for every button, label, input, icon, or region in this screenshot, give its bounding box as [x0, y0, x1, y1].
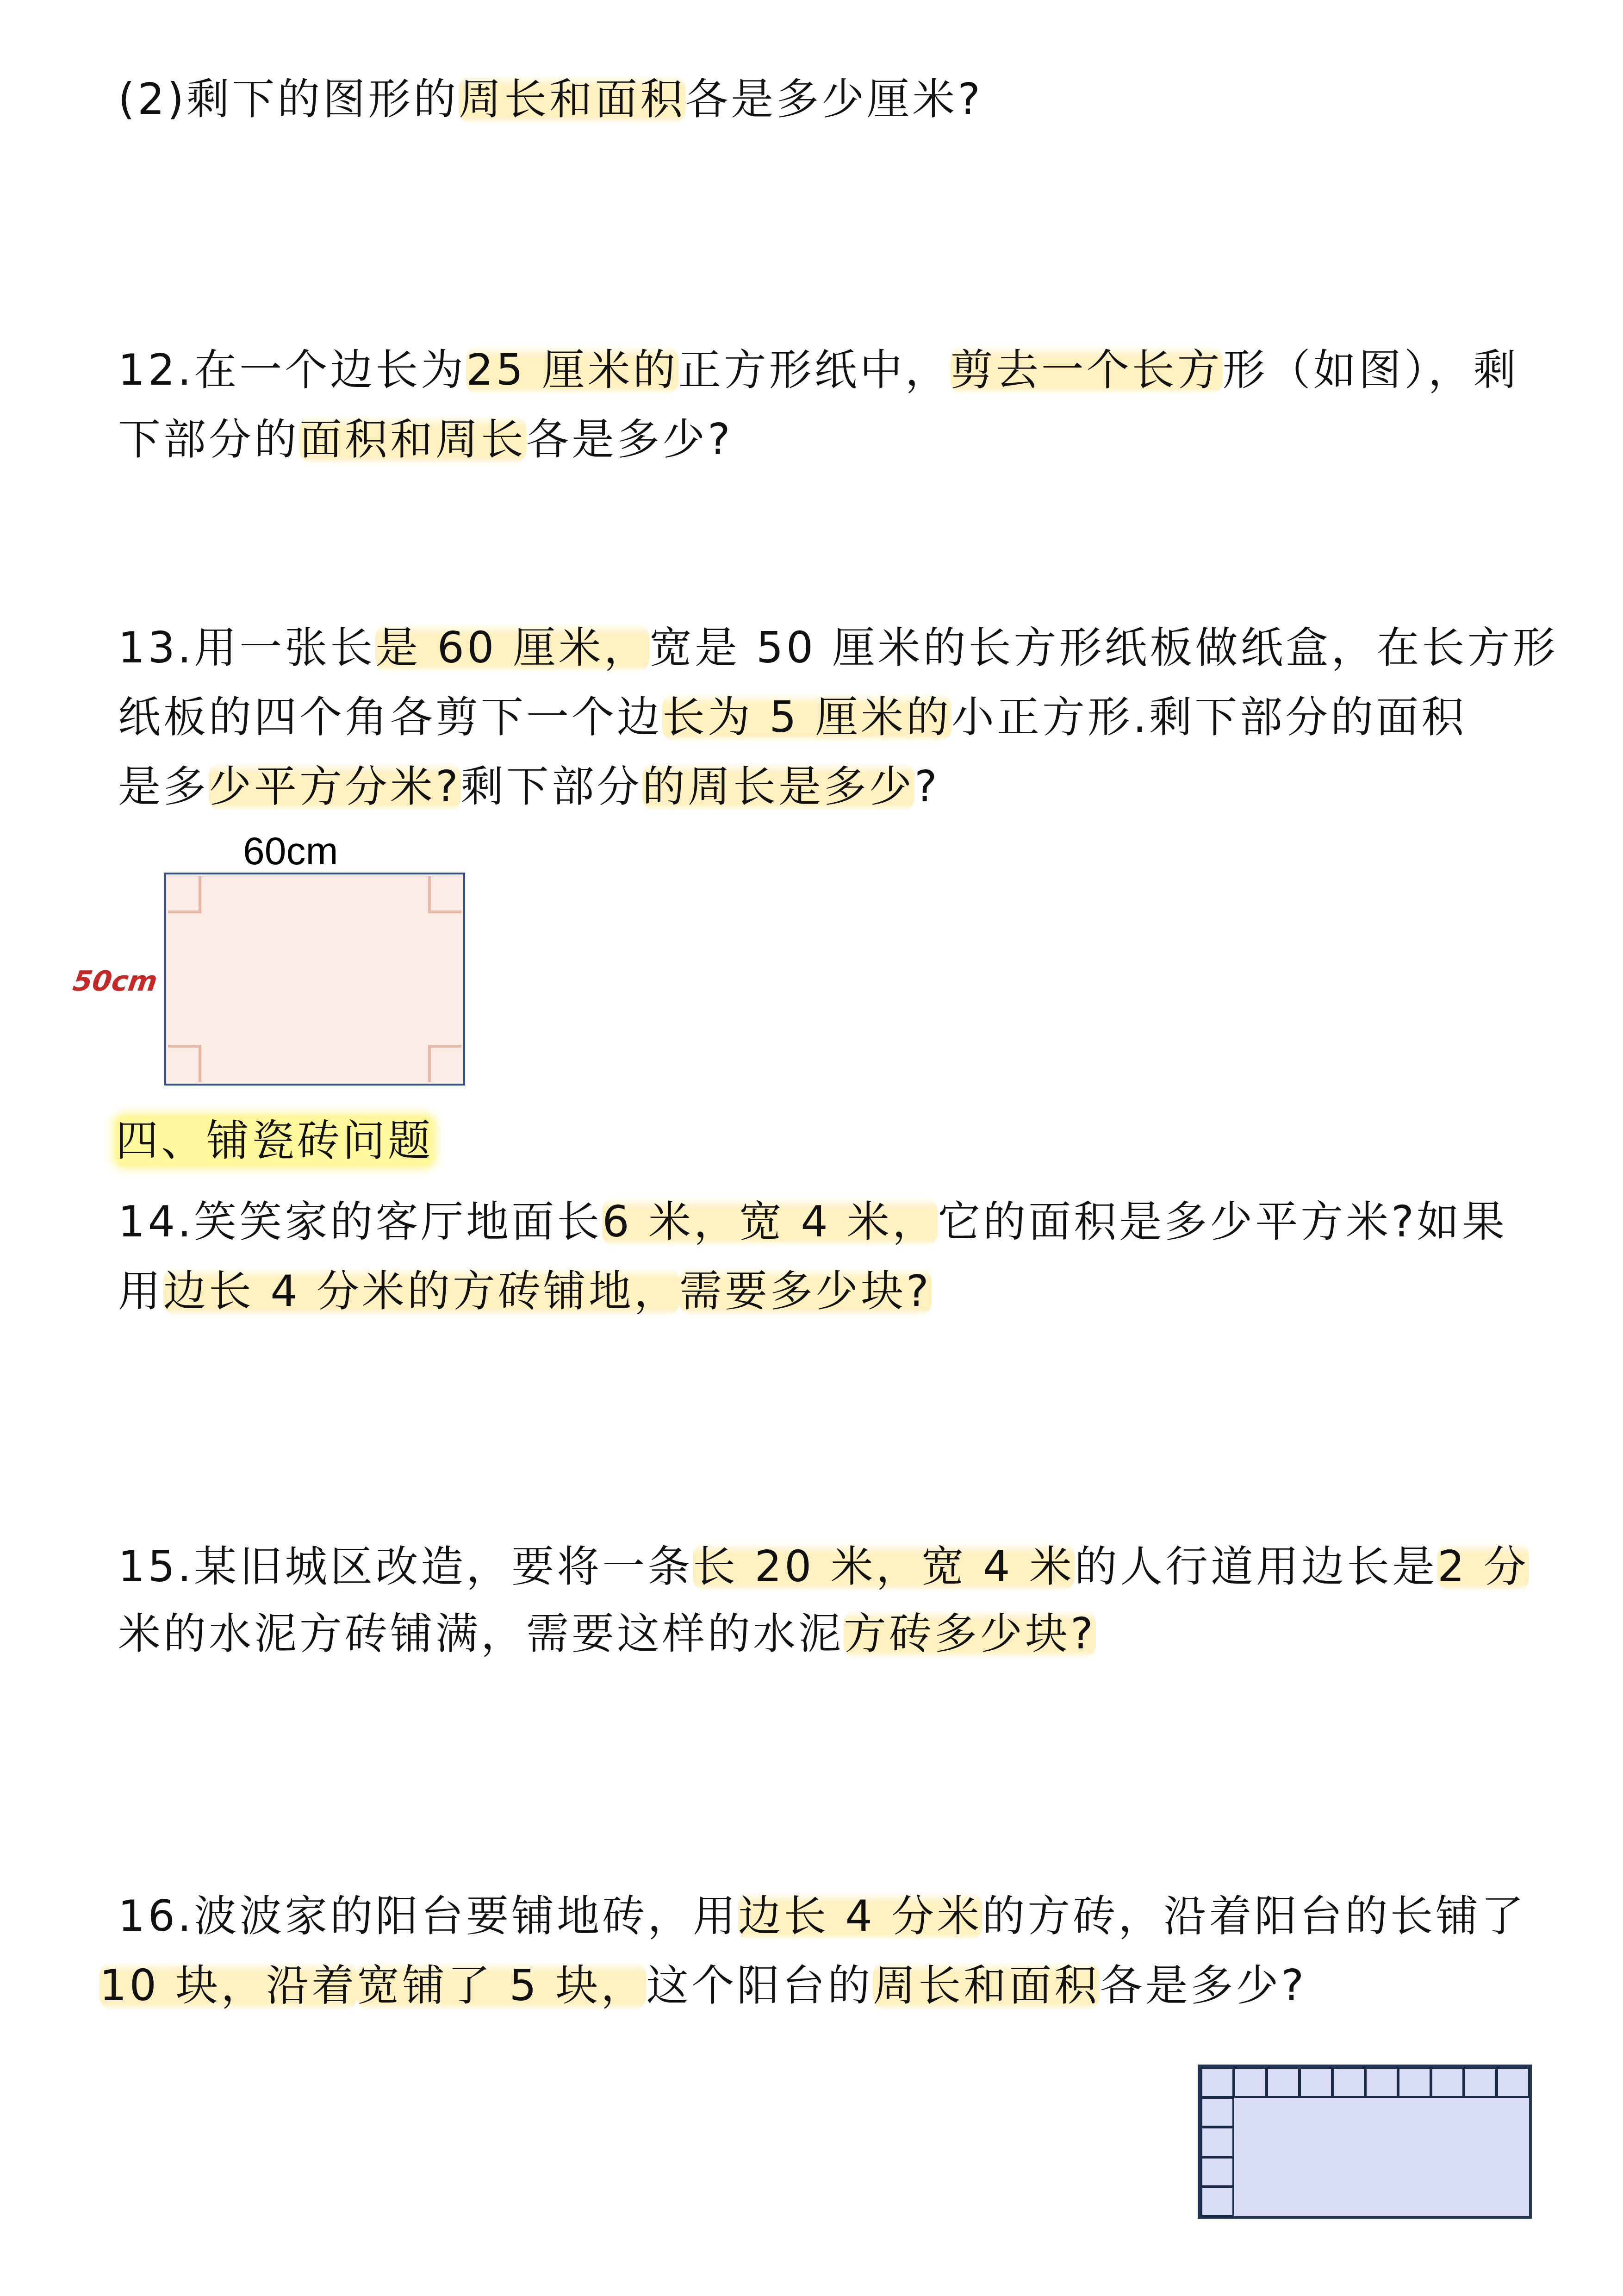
tile-length-row: [1200, 2067, 1234, 2098]
tile-length-row: [1398, 2067, 1431, 2098]
highlighted-text: 面积和周长: [299, 415, 526, 464]
question-12-line-1: 12.在一个边长为25 厘米的正方形纸中，剪去一个长方形（如图），剩: [118, 343, 1519, 398]
question-14-line-1: 14.笑笑家的客厅地面长6 米，宽 4 米，它的面积是多少平方米?如果: [118, 1194, 1507, 1250]
question-13-line-2: 纸板的四个角各剪下一个边长为 5 厘米的小正方形.剩下部分的面积: [118, 690, 1467, 745]
tile-length-row: [1463, 2067, 1497, 2098]
text-segment: (2)剩下的图形的: [118, 75, 459, 124]
text-segment: 的方砖，沿着阳台的长铺了: [982, 1891, 1526, 1941]
highlighted-text: 周长和面积: [459, 75, 685, 124]
text-segment: 形（如图），剩: [1223, 345, 1519, 395]
tile-width-column: [1200, 2157, 1234, 2187]
figure-13-width-label: 50cm: [71, 965, 159, 998]
text-segment: 12.在一个边长为: [118, 345, 466, 395]
text-segment: 15.某旧城区改造，要将一条: [118, 1542, 693, 1591]
tile-length-row: [1430, 2067, 1464, 2098]
question-15-line-1: 15.某旧城区改造，要将一条长 20 米，宽 4 米的人行道用边长是2 分: [118, 1539, 1529, 1595]
corner-cut-bottom-right: [428, 1045, 461, 1082]
highlighted-text: 边长 4 分米的方砖铺地，: [163, 1267, 679, 1316]
highlighted-text: 边长 4 分米: [738, 1891, 982, 1941]
highlighted-text: 是 60 厘米，: [375, 623, 649, 673]
question-16-line-2: 10 块，沿着宽铺了 5 块，这个阳台的周长和面积各是多少?: [99, 1958, 1306, 2014]
question-16-line-1: 16.波波家的阳台要铺地砖，用边长 4 分米的方砖，沿着阳台的长铺了: [118, 1889, 1526, 1944]
highlighted-text: 6 米，宽 4 米，: [602, 1197, 938, 1247]
highlighted-text: 的周长是多少: [642, 762, 914, 811]
question-12-line-2: 下部分的面积和周长各是多少?: [118, 412, 733, 468]
highlighted-text: 2 分: [1437, 1542, 1529, 1591]
text-segment: 13.用一张长: [118, 623, 375, 673]
text-segment: 正方形纸中，: [678, 345, 951, 395]
tile-length-row: [1365, 2067, 1399, 2098]
highlighted-text: 周长和面积: [873, 1961, 1100, 2010]
corner-cut-top-right: [428, 876, 461, 913]
text-segment: 各是多少?: [526, 415, 733, 464]
tile-length-row: [1332, 2067, 1366, 2098]
text-segment: 小正方形.剩下部分的面积: [951, 693, 1467, 742]
tile-width-column: [1200, 2186, 1234, 2217]
figure-13-cardboard-rectangle: [164, 873, 465, 1086]
highlighted-text: 25 厘米的: [466, 345, 678, 395]
question-13-line-1: 13.用一张长是 60 厘米，宽是 50 厘米的长方形纸板做纸盒，在长方形: [118, 620, 1558, 676]
text-segment: ?: [914, 762, 940, 811]
text-segment: 纸板的四个角各剪下一个边: [118, 693, 662, 742]
tile-width-column: [1200, 2097, 1234, 2128]
section-title-text: 四、铺瓷砖问题: [116, 1116, 433, 1166]
text-segment: 各是多少?: [1100, 1961, 1306, 2010]
tile-length-row: [1299, 2067, 1333, 2098]
corner-cut-top-left: [168, 876, 201, 913]
tile-width-column: [1200, 2127, 1234, 2157]
text-segment: 14.笑笑家的客厅地面长: [118, 1197, 602, 1247]
figure-16-balcony-tiles: [1198, 2065, 1532, 2219]
question-11-part-2: (2)剩下的图形的周长和面积各是多少厘米?: [118, 72, 983, 127]
tile-length-row: [1266, 2067, 1300, 2098]
text-segment: 是多: [118, 762, 209, 811]
highlighted-text: 长为 5 厘米的: [662, 693, 951, 742]
highlighted-text: 10 块，沿着: [99, 1961, 357, 2010]
tile-length-row: [1233, 2067, 1267, 2098]
text-segment: 的人行道用边长是: [1075, 1542, 1437, 1591]
text-segment: 下部分的: [118, 415, 299, 464]
text-segment: 这个阳台的: [646, 1961, 873, 2010]
tile-length-row: [1496, 2067, 1530, 2098]
figure-13-length-label: 60cm: [243, 829, 338, 873]
highlighted-text: 宽铺了 5 块，: [357, 1961, 646, 2010]
text-segment: 米的水泥方砖铺满，需要这样的水泥: [118, 1609, 844, 1659]
text-segment: 各是多少厘米?: [685, 75, 983, 124]
text-segment: 16.波波家的阳台要铺地砖，用: [118, 1891, 738, 1941]
text-segment: 用: [118, 1267, 163, 1316]
text-segment: 宽是 50 厘米的长方形纸板做纸盒，在长方形: [649, 623, 1558, 673]
section-heading-tiling: 四、铺瓷砖问题: [116, 1113, 433, 1169]
highlighted-text: 需要多少块?: [679, 1267, 932, 1316]
highlighted-text: 剪去一个长方: [951, 345, 1223, 395]
question-15-line-2: 米的水泥方砖铺满，需要这样的水泥方砖多少块?: [118, 1606, 1096, 1662]
question-13-line-3: 是多少平方分米?剩下部分的周长是多少?: [118, 759, 940, 815]
highlighted-text: 长 20 米，宽 4 米: [693, 1542, 1075, 1591]
question-14-line-2: 用边长 4 分米的方砖铺地，需要多少块?: [118, 1264, 932, 1319]
highlighted-text: 少平方分米?: [209, 762, 461, 811]
text-segment: 剩下部分: [461, 762, 642, 811]
corner-cut-bottom-left: [168, 1045, 201, 1082]
text-segment: 它的面积是多少平方米?如果: [938, 1197, 1507, 1247]
highlighted-text: 方砖多少块?: [844, 1609, 1096, 1659]
